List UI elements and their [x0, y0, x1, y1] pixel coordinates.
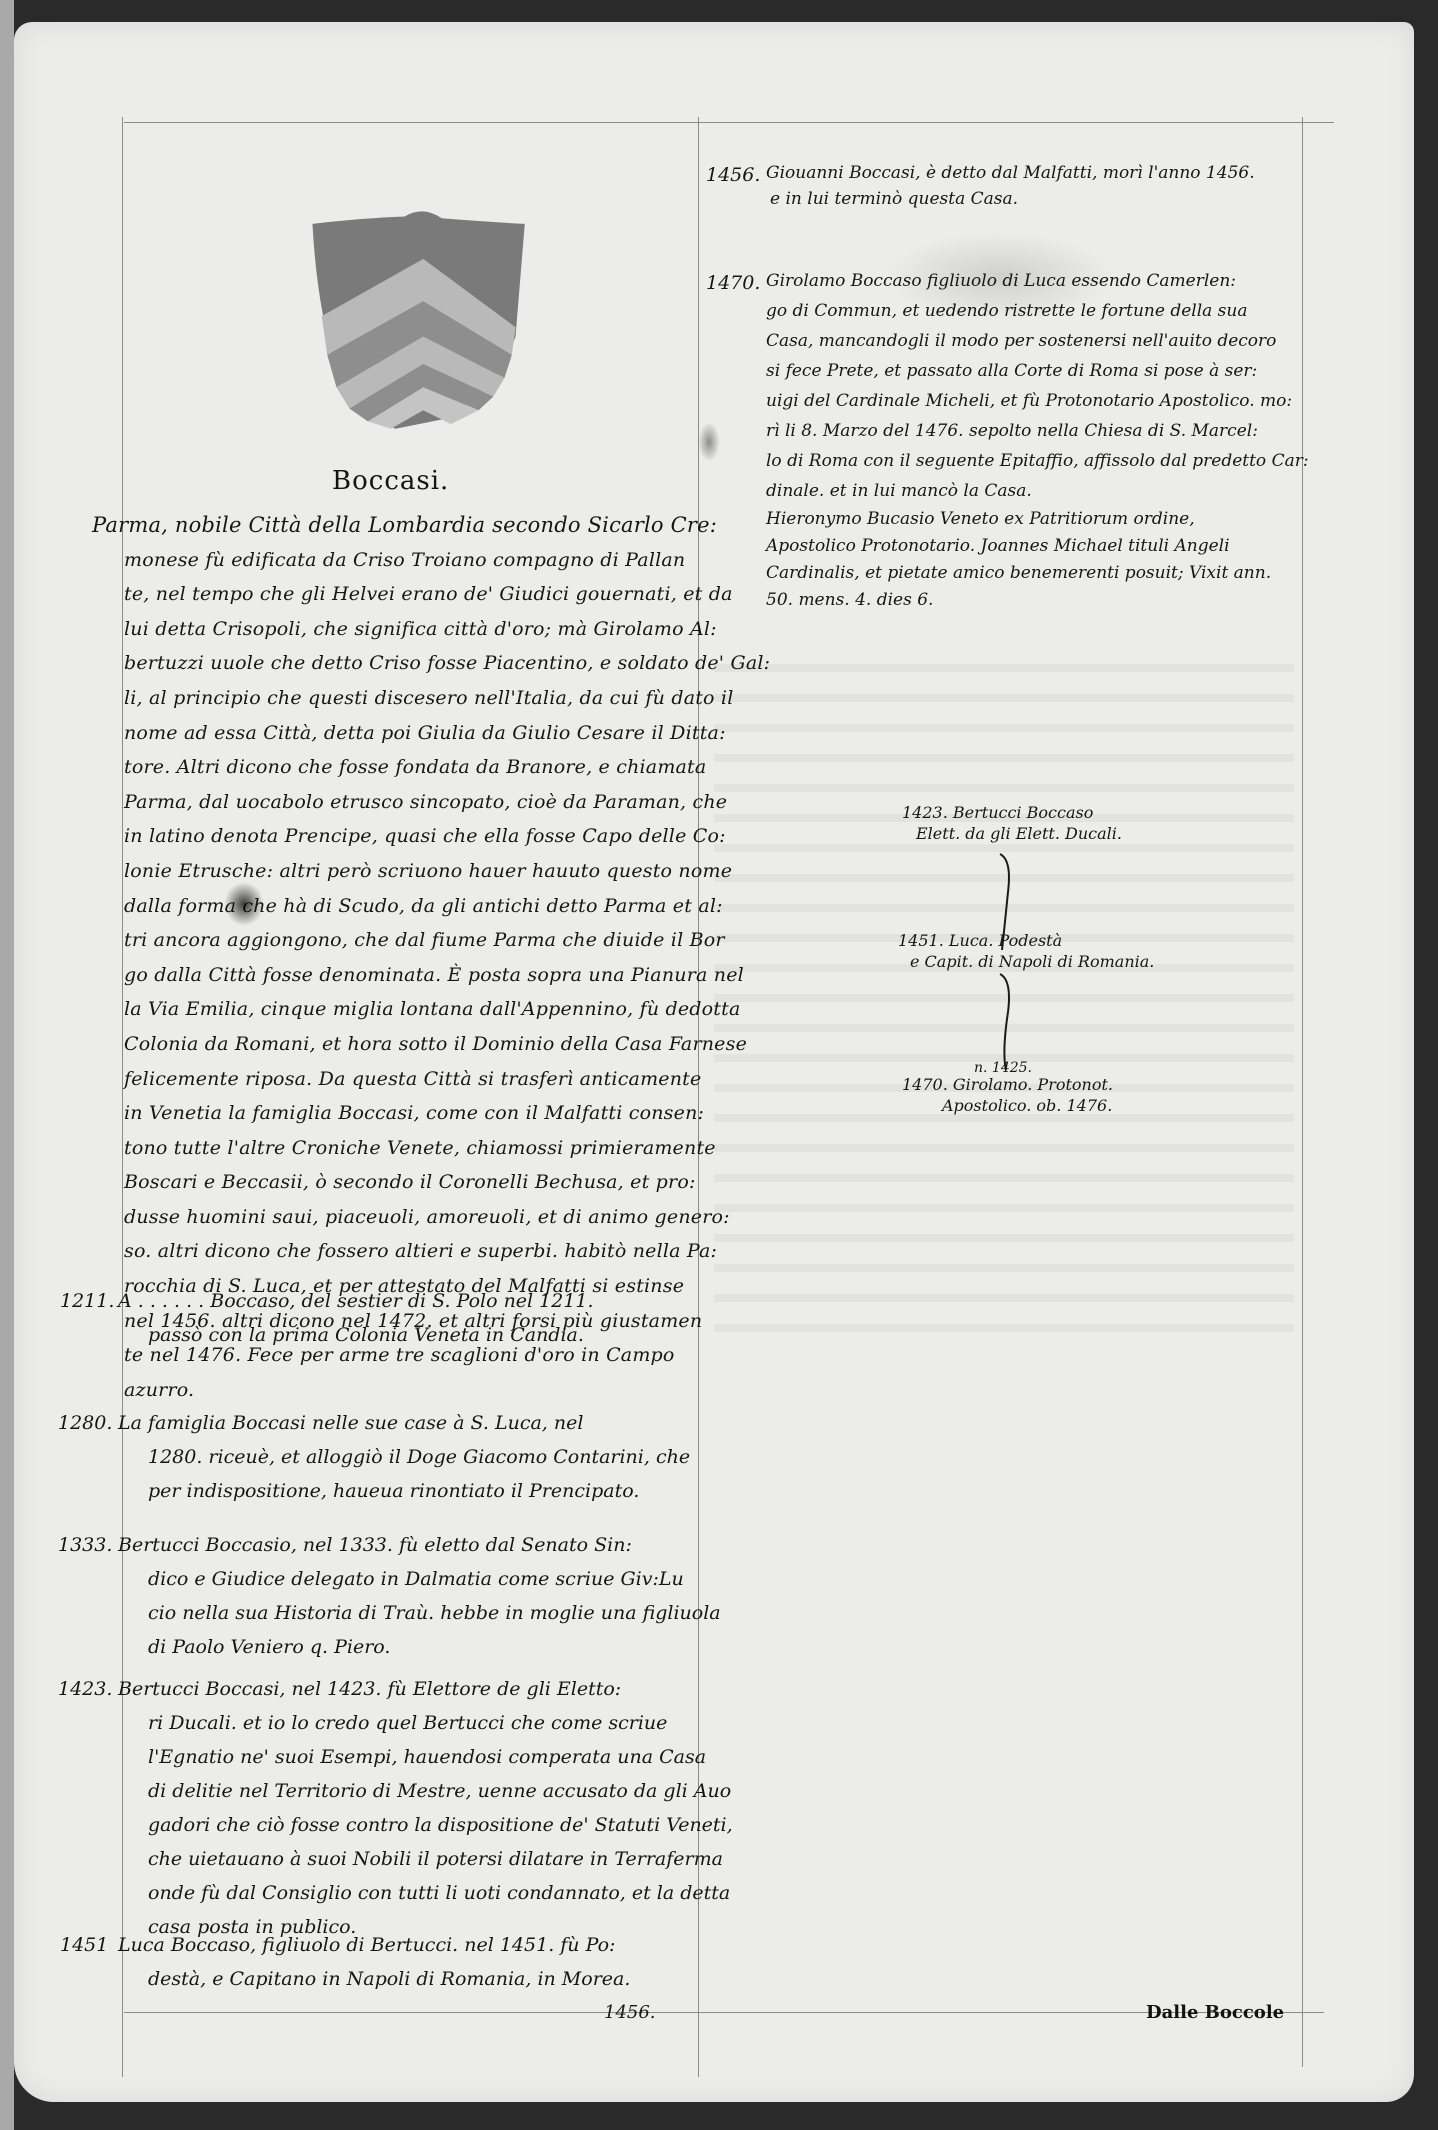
- tree-node-line: e Capit. di Napoli di Romania.: [898, 951, 1154, 972]
- entry-line: Bertucci Boccasio, nel 1333. fù eletto d…: [118, 1528, 721, 1562]
- intro-line: tore. Altri dicono che fosse fondata da …: [92, 750, 770, 785]
- entry-line: l'Egnatio ne' suoi Esempi, hauendosi com…: [118, 1740, 733, 1774]
- entry-line: di delitie nel Territorio di Mestre, uen…: [118, 1774, 733, 1808]
- epitaph-line: Hieronymo Bucasio Veneto ex Patritiorum …: [766, 506, 1271, 533]
- entry-line: dico e Giudice delegato in Dalmatia come…: [118, 1562, 721, 1596]
- intro-line: in latino denota Prencipe, quasi che ell…: [92, 819, 770, 854]
- entry-line: Casa, mancandogli il modo per sostenersi…: [766, 326, 1309, 356]
- tree-node-line: 1470. Girolamo. Protonot.: [902, 1074, 1113, 1095]
- entry-line: per indispositione, haueua rinontiato il…: [118, 1474, 690, 1508]
- entry-line: Girolamo Boccaso figliuolo di Luca essen…: [766, 266, 1309, 296]
- entry-line: go di Commun, et uedendo ristrette le fo…: [766, 296, 1309, 326]
- entry-line: Luca Boccaso, figliuolo di Bertucci. nel…: [118, 1928, 630, 1962]
- intro-line: monese fù edificata da Criso Troiano com…: [92, 543, 770, 578]
- intro-line: Parma, dal uocabolo etrusco sincopato, c…: [92, 785, 770, 820]
- entry-text: A . . . . . . Boccaso, del sestier di S.…: [118, 1284, 594, 1352]
- scan-left-edge: [0, 0, 14, 2130]
- bottom-rule: [124, 2012, 1324, 2013]
- intro-line: go dalla Città fosse denominata. È posta…: [92, 958, 770, 993]
- entry-line: si fece Prete, et passato alla Corte di …: [766, 356, 1309, 386]
- entry-year: 1456.: [706, 164, 760, 186]
- entry-text: Luca Boccaso, figliuolo di Bertucci. nel…: [118, 1928, 630, 1996]
- entry-line: destà, e Capitano in Napoli di Romania, …: [118, 1962, 630, 1996]
- intro-line: tri ancora aggiongono, che dal fiume Par…: [92, 923, 770, 958]
- tree-node-line: 1423. Bertucci Boccaso: [902, 802, 1122, 823]
- entry-line: di Paolo Veniero q. Piero.: [118, 1630, 721, 1664]
- entry-year: 1211.: [60, 1290, 114, 1312]
- entry-line: dinale. et in lui mancò la Casa.: [766, 476, 1309, 506]
- intro-line: te, nel tempo che gli Helvei erano de' G…: [92, 577, 770, 612]
- intro-line: bertuzzi uuole che detto Criso fosse Pia…: [92, 646, 770, 681]
- entry-text: Bertucci Boccasio, nel 1333. fù eletto d…: [118, 1528, 721, 1664]
- entry-year: 1423.: [58, 1678, 112, 1700]
- tree-connector-2: [992, 972, 1022, 1072]
- intro-line: in Venetia la famiglia Boccasi, come con…: [92, 1096, 770, 1131]
- intro-line: Boscari e Beccasii, ò secondo il Coronel…: [92, 1165, 770, 1200]
- entry-year: 1470.: [706, 272, 760, 294]
- column-footer-year: 1456.: [604, 2002, 656, 2023]
- family-title: Boccasi.: [332, 466, 449, 496]
- intro-line: felicemente riposa. Da questa Città si t…: [92, 1062, 770, 1097]
- manuscript-page: Boccasi. Parma, nobile Città della Lomba…: [14, 22, 1414, 2102]
- intro-line: tono tutte l'altre Croniche Venete, chia…: [92, 1131, 770, 1166]
- entry-line: onde fù dal Consiglio con tutti li uoti …: [118, 1876, 733, 1910]
- tree-node-line: Apostolico. ob. 1476.: [902, 1095, 1113, 1116]
- entry-line: A . . . . . . Boccaso, del sestier di S.…: [118, 1284, 594, 1318]
- tree-node-line: Elett. da gli Elett. Ducali.: [902, 823, 1122, 844]
- entry-year: 1451: [60, 1934, 108, 1956]
- intro-line: Parma, nobile Città della Lombardia seco…: [92, 508, 770, 543]
- entry-line: Bertucci Boccasi, nel 1423. fù Elettore …: [118, 1672, 733, 1706]
- entry-year: 1280.: [58, 1412, 112, 1434]
- intro-line: nome ad essa Città, detta poi Giulia da …: [92, 716, 770, 751]
- ink-blot: [224, 882, 264, 926]
- entry-line: che uietauano à suoi Nobili il potersi d…: [118, 1842, 733, 1876]
- tree-node-line: 1451. Luca. Podestà: [898, 930, 1154, 951]
- entry-line: gadori che ciò fosse contro la dispositi…: [118, 1808, 733, 1842]
- intro-line: Colonia da Romani, et hora sotto il Domi…: [92, 1027, 770, 1062]
- epitaph-line: Cardinalis, et pietate amico benemerenti…: [766, 560, 1271, 587]
- tree-node-luca: 1451. Luca. Podestà e Capit. di Napoli d…: [898, 930, 1154, 972]
- entry-line: rì li 8. Marzo del 1476. sepolto nella C…: [766, 416, 1309, 446]
- entry-text: Girolamo Boccaso figliuolo di Luca essen…: [766, 266, 1309, 506]
- ink-spot: [698, 422, 720, 462]
- intro-line: azurro.: [92, 1373, 770, 1408]
- catchword: Dalle Boccole: [1146, 2002, 1284, 2023]
- entry-line: ri Ducali. et io lo credo quel Bertucci …: [118, 1706, 733, 1740]
- entry-line: lo di Roma con il seguente Epitaffio, af…: [766, 446, 1309, 476]
- intro-line: li, al principio che questi discesero ne…: [92, 681, 770, 716]
- intro-line: la Via Emilia, cinque miglia lontana dal…: [92, 992, 770, 1027]
- top-rule: [124, 122, 1334, 123]
- entry-line: uigi del Cardinale Micheli, et fù Proton…: [766, 386, 1309, 416]
- tree-node-girolamo: 1470. Girolamo. Protonot. Apostolico. ob…: [902, 1074, 1113, 1116]
- entry-year: 1333.: [58, 1534, 112, 1556]
- epitaph: Hieronymo Bucasio Veneto ex Patritiorum …: [766, 506, 1271, 614]
- epitaph-line: Apostolico Protonotario. Joannes Michael…: [766, 533, 1271, 560]
- intro-line: lonie Etrusche: altri però scriuono haue…: [92, 854, 770, 889]
- entry-line: e in lui terminò questa Casa.: [766, 186, 1255, 212]
- entry-line: 1280. riceuè, et alloggiò il Doge Giacom…: [118, 1440, 690, 1474]
- epitaph-line: 50. mens. 4. dies 6.: [766, 587, 1271, 614]
- intro-paragraph: Parma, nobile Città della Lombardia seco…: [92, 508, 770, 1407]
- entry-text: Giouanni Boccasi, è detto dal Malfatti, …: [766, 160, 1255, 212]
- entry-line: passò con la prima Colonia Veneta in Can…: [118, 1318, 594, 1352]
- intro-line: so. altri dicono che fossero altieri e s…: [92, 1234, 770, 1269]
- intro-line: dusse huomini saui, piaceuoli, amoreuoli…: [92, 1200, 770, 1235]
- coat-of-arms-shield-icon: [294, 198, 534, 438]
- entry-text: La famiglia Boccasi nelle sue case à S. …: [118, 1406, 690, 1508]
- intro-line: lui detta Crisopoli, che significa città…: [92, 612, 770, 647]
- entry-line: La famiglia Boccasi nelle sue case à S. …: [118, 1406, 690, 1440]
- entry-line: Giouanni Boccasi, è detto dal Malfatti, …: [766, 160, 1255, 186]
- tree-node-bertucci: 1423. Bertucci Boccaso Elett. da gli Ele…: [902, 802, 1122, 844]
- entry-line: cio nella sua Historia di Traù. hebbe in…: [118, 1596, 721, 1630]
- intro-line: dalla forma che hà di Scudo, da gli anti…: [92, 889, 770, 924]
- entry-text: Bertucci Boccasi, nel 1423. fù Elettore …: [118, 1672, 733, 1944]
